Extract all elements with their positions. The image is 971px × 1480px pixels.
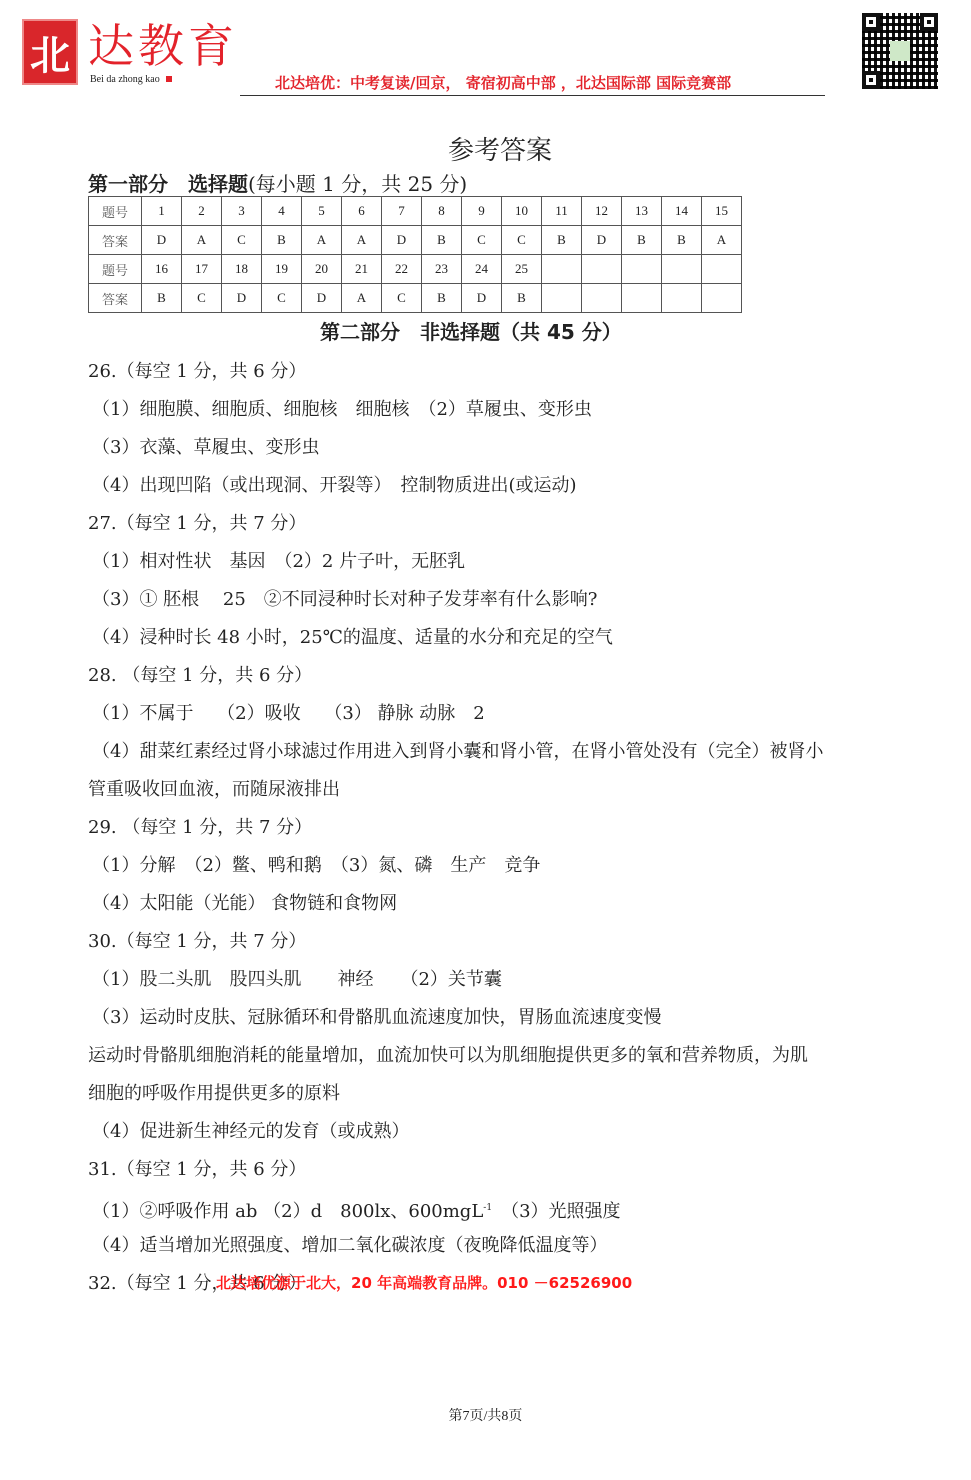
question-heading: 31.（每空 1 分，共 6 分）	[88, 1158, 306, 1182]
page-title: 参考答案	[0, 130, 971, 167]
question-number: 22	[382, 255, 422, 284]
answer-cell: D	[582, 226, 622, 255]
line-text: （3）衣藻、草履虫、变形虫	[92, 437, 319, 458]
answer-cell	[662, 284, 702, 313]
line-text: （4）太阳能（光能） 食物链和食物网	[92, 893, 397, 914]
question-heading: 26.（每空 1 分，共 6 分）	[88, 360, 306, 384]
line-text: 运动时骨骼肌细胞消耗的能量增加，血流加快可以为肌细胞提供更多的氧和营养物质，为肌	[88, 1045, 808, 1066]
answer-cell: B	[622, 226, 662, 255]
line-text: （4）出现凹陷（或出现洞、开裂等） 控制物质进出(或运动)	[92, 475, 577, 496]
question-number: 4	[262, 197, 302, 226]
line-text: （3）运动时皮肤、冠脉循环和骨骼肌血流速度加快，胃肠血流速度变慢	[92, 1007, 661, 1028]
line-text: （1）不属于 （2）吸收 （3） 静脉 动脉 2	[92, 703, 485, 724]
question-number: 8	[422, 197, 462, 226]
answer-cell: D	[222, 284, 262, 313]
line-text: （4）浸种时长 48 小时，25℃的温度、适量的水分和充足的空气	[92, 627, 613, 648]
answer-cell: C	[222, 226, 262, 255]
question-number: 20	[302, 255, 342, 284]
line-text: （3）光照强度	[492, 1201, 620, 1222]
question-heading: 28. （每空 1 分，共 6 分）	[88, 664, 312, 688]
answer-cell: C	[462, 226, 502, 255]
question-number	[542, 255, 582, 284]
part1-title: 第一部分 选择题	[88, 172, 248, 196]
line-text: 27.（每空 1 分，共 7 分）	[88, 513, 306, 534]
answer-line: （4）出现凹陷（或出现洞、开裂等） 控制物质进出(或运动)	[92, 474, 577, 498]
question-number	[582, 255, 622, 284]
answer-cell: B	[142, 284, 182, 313]
header-slogan: 北达培优：中考复读/回京， 寄宿初高中部 ，北达国际部 国际竞赛部	[275, 72, 731, 93]
line-text: （4）适当增加光照强度、增加二氧化碳浓度（夜晚降低温度等）	[92, 1235, 607, 1256]
line-text: （4）甜菜红素经过肾小球滤过作用进入到肾小囊和肾小管，在肾小管处没有（完全）被肾…	[92, 741, 823, 762]
answer-cell: D	[382, 226, 422, 255]
question-number	[622, 255, 662, 284]
question-number: 17	[182, 255, 222, 284]
answer-line: （1）相对性状 基因 （2）2 片子叶，无胚乳	[92, 550, 465, 574]
logo-text: 达教育	[88, 20, 238, 72]
header-divider	[240, 95, 825, 96]
part1-note: (每小题 1 分，共 25 分)	[248, 172, 467, 196]
answer-cell: B	[262, 226, 302, 255]
table-row: 答案BCDCDACBDB	[89, 284, 742, 313]
question-number: 25	[502, 255, 542, 284]
answer-cell: A	[342, 226, 382, 255]
answer-line: （1）股二头肌 股四头肌 神经 （2）关节囊	[92, 968, 502, 992]
line-text: （1）相对性状 基因 （2）2 片子叶，无胚乳	[92, 551, 465, 572]
question-number: 23	[422, 255, 462, 284]
answer-cell	[702, 284, 742, 313]
question-number: 1	[142, 197, 182, 226]
answer-line: （3）① 胚根 25 ②不同浸种时长对种子发芽率有什么影响?	[92, 588, 597, 612]
answer-line: （4）浸种时长 48 小时，25℃的温度、适量的水分和充足的空气	[92, 626, 613, 650]
logo-subtitle-text: Bei da zhong kao	[90, 74, 160, 85]
question-number: 24	[462, 255, 502, 284]
superscript: -1	[483, 1203, 492, 1213]
answer-line: （1）不属于 （2）吸收 （3） 静脉 动脉 2	[92, 702, 485, 726]
answer-cell: C	[502, 226, 542, 255]
answer-line: （1）细胞膜、细胞质、细胞核 细胞核 （2）草履虫、变形虫	[92, 398, 592, 422]
qr-finder-icon	[920, 13, 938, 31]
answer-cell: D	[142, 226, 182, 255]
row-label: 答案	[89, 284, 142, 313]
line-text: 28. （每空 1 分，共 6 分）	[88, 665, 312, 686]
answer-cell	[582, 284, 622, 313]
row-label: 题号	[89, 197, 142, 226]
question-number: 21	[342, 255, 382, 284]
line-text: 31.（每空 1 分，共 6 分）	[88, 1159, 306, 1180]
answer-line: （4）适当增加光照强度、增加二氧化碳浓度（夜晚降低温度等）	[92, 1234, 607, 1258]
logo-icon: 北	[22, 19, 78, 85]
answer-cell: B	[422, 226, 462, 255]
question-number: 14	[662, 197, 702, 226]
answer-table: 题号123456789101112131415答案DACBAADBCCBDBBA…	[88, 196, 742, 313]
question-number	[662, 255, 702, 284]
question-number: 12	[582, 197, 622, 226]
question-number: 19	[262, 255, 302, 284]
line-text: （1）细胞膜、细胞质、细胞核 细胞核 （2）草履虫、变形虫	[92, 399, 592, 420]
answer-cell	[622, 284, 662, 313]
answer-cell: B	[422, 284, 462, 313]
answer-cell: B	[662, 226, 702, 255]
line-text: 26.（每空 1 分，共 6 分）	[88, 361, 306, 382]
question-number: 9	[462, 197, 502, 226]
line-text: （1）分解 （2）鳖、鸭和鹅 （3）氮、磷 生产 竞争	[92, 855, 540, 876]
logo-glyph: 北	[30, 24, 70, 81]
line-text: （1）②呼吸作用 ab （2）d 800lx、600mgL	[92, 1201, 483, 1222]
question-number	[702, 255, 742, 284]
answer-cell: A	[182, 226, 222, 255]
page-number: 第7页/共8页	[0, 1405, 971, 1425]
line-text: （4）促进新生神经元的发育（或成熟）	[92, 1121, 409, 1142]
question-number: 16	[142, 255, 182, 284]
question-number: 10	[502, 197, 542, 226]
watermark: 北达培优源于北大，20 年高端教育品牌。010 －62526900	[216, 1272, 632, 1293]
question-number: 5	[302, 197, 342, 226]
red-square-icon	[166, 76, 172, 82]
answer-line: 运动时骨骼肌细胞消耗的能量增加，血流加快可以为肌细胞提供更多的氧和营养物质，为肌	[88, 1044, 808, 1068]
answer-cell: B	[542, 226, 582, 255]
answer-cell	[542, 284, 582, 313]
line-text: 管重吸收回血液，而随尿液排出	[88, 779, 340, 800]
question-heading: 29. （每空 1 分，共 7 分）	[88, 816, 312, 840]
question-number: 13	[622, 197, 662, 226]
answer-cell: A	[302, 226, 342, 255]
answer-cell: D	[462, 284, 502, 313]
question-number: 6	[342, 197, 382, 226]
answer-cell: A	[342, 284, 382, 313]
question-heading: 30.（每空 1 分，共 7 分）	[88, 930, 306, 954]
part1-heading: 第一部分 选择题(每小题 1 分，共 25 分)	[88, 168, 467, 197]
qr-finder-icon	[862, 71, 880, 89]
question-number: 15	[702, 197, 742, 226]
answer-cell: B	[502, 284, 542, 313]
answer-cell: C	[182, 284, 222, 313]
line-text: （1）股二头肌 股四头肌 神经 （2）关节囊	[92, 969, 502, 990]
answer-line: 管重吸收回血液，而随尿液排出	[88, 778, 340, 802]
line-text: （3）① 胚根 25 ②不同浸种时长对种子发芽率有什么影响?	[92, 589, 597, 610]
qr-finder-icon	[862, 13, 880, 31]
question-number: 11	[542, 197, 582, 226]
answer-line: （1）②呼吸作用 ab （2）d 800lx、600mgL-1 （3）光照强度	[92, 1196, 621, 1224]
answer-line: （4）太阳能（光能） 食物链和食物网	[92, 892, 397, 916]
answer-line: （4）甜菜红素经过肾小球滤过作用进入到肾小囊和肾小管，在肾小管处没有（完全）被肾…	[92, 740, 823, 764]
row-label: 答案	[89, 226, 142, 255]
table-row: 答案DACBAADBCCBDBBA	[89, 226, 742, 255]
table-row: 题号16171819202122232425	[89, 255, 742, 284]
question-heading: 27.（每空 1 分，共 7 分）	[88, 512, 306, 536]
table-row: 题号123456789101112131415	[89, 197, 742, 226]
part2-heading: 第二部分 非选择题（共 45 分）	[320, 316, 622, 345]
answer-line: （3）衣藻、草履虫、变形虫	[92, 436, 319, 460]
answer-cell: C	[382, 284, 422, 313]
answer-line: （3）运动时皮肤、冠脉循环和骨骼肌血流速度加快，胃肠血流速度变慢	[92, 1006, 661, 1030]
answer-line: 细胞的呼吸作用提供更多的原料	[88, 1082, 340, 1106]
row-label: 题号	[89, 255, 142, 284]
question-number: 2	[182, 197, 222, 226]
line-text: 29. （每空 1 分，共 7 分）	[88, 817, 312, 838]
qr-logo-icon	[890, 41, 910, 61]
logo-subtitle: Bei da zhong kao	[90, 74, 172, 85]
question-number: 7	[382, 197, 422, 226]
question-number: 18	[222, 255, 262, 284]
answer-cell: D	[302, 284, 342, 313]
question-number: 3	[222, 197, 262, 226]
answer-line: （1）分解 （2）鳖、鸭和鹅 （3）氮、磷 生产 竞争	[92, 854, 540, 878]
qr-code-icon	[862, 13, 938, 89]
line-text: 30.（每空 1 分，共 7 分）	[88, 931, 306, 952]
answer-line: （4）促进新生神经元的发育（或成熟）	[92, 1120, 409, 1144]
line-text: 细胞的呼吸作用提供更多的原料	[88, 1083, 340, 1104]
answer-cell: C	[262, 284, 302, 313]
answer-cell: A	[702, 226, 742, 255]
